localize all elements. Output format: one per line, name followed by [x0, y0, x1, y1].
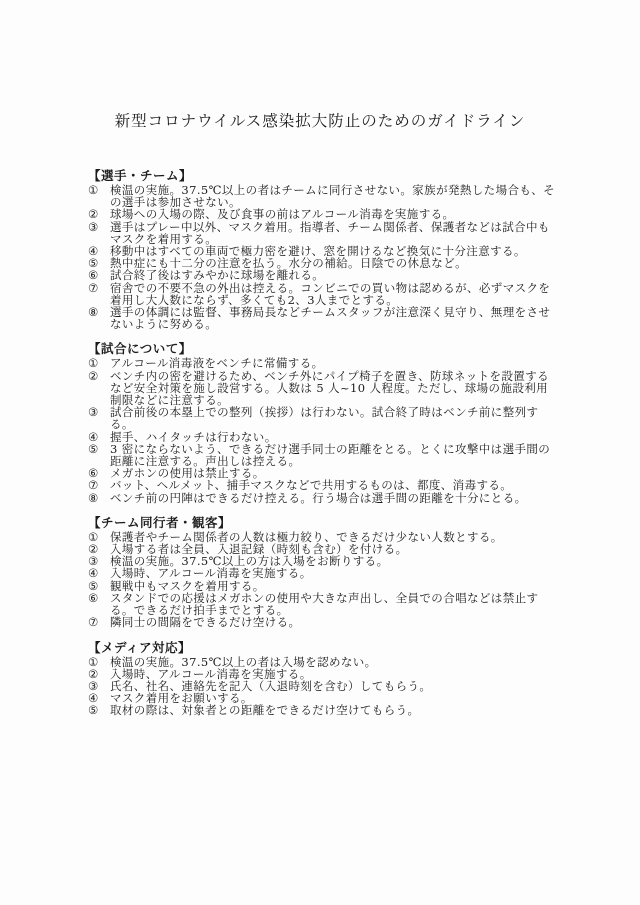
item-text: 検温の実施。37.5℃以上の者はチームに同行させない。家族が発熱した場合も、その…: [110, 184, 558, 208]
list-item: ① 検温の実施。37.5℃以上の者はチームに同行させない。家族が発熱した場合も、…: [88, 184, 558, 208]
list-item: ③ 試合前後の本塁上での整列（挨拶）は行わない。試合終了時はベンチ前に整列する。: [88, 406, 558, 430]
guideline-section: 【メディア対応】 ① 検温の実施。37.5℃以上の者は入場を認めない。 ② 入場…: [88, 641, 558, 717]
list-item: ⑦ 隣同士の間隔をできるだけ空ける。: [88, 616, 558, 628]
list-item: ⑥ 試合終了後はすみやかに球場を離れる。: [88, 269, 558, 281]
item-text: ベンチ内の密を避けるため、ベンチ外にパイプ椅子を置き、防球ネットを設置するなど安…: [110, 370, 558, 407]
item-number: ⑦: [88, 282, 110, 294]
item-text: 取材の際は、対象者との距離をできるだけ空けてもらう。: [110, 704, 558, 716]
item-text: ベンチ前の円陣はできるだけ控える。行う場合は選手間の距離を十分にとる。: [110, 492, 558, 504]
list-item: ③ 選手はプレー中以外、マスク着用。指導者、チーム関係者、保護者などは試合中もマ…: [88, 221, 558, 245]
list-item: ⑦ 宿舎での不要不急の外出は控える。コンビニでの買い物は認めるが、必ずマスクを着…: [88, 282, 558, 306]
item-text: 試合前後の本塁上での整列（挨拶）は行わない。試合終了時はベンチ前に整列する。: [110, 406, 558, 430]
item-text: 選手の体調には監督、事務局長などチームスタッフが注意深く見守り、無理をさせないよ…: [110, 306, 558, 330]
list-item: ⑤ 3 密にならないよう、できるだけ選手同士の距離をとる。とくに攻撃中は選手間の…: [88, 443, 558, 467]
list-item: ⑦ バット、ヘルメット、捕手マスクなどで共用するものは、都度、消毒する。: [88, 479, 558, 491]
list-item: ⑤ 取材の際は、対象者との距離をできるだけ空けてもらう。: [88, 704, 558, 716]
section-heading: 【試合について】: [88, 342, 558, 356]
list-item: ② ベンチ内の密を避けるため、ベンチ外にパイプ椅子を置き、防球ネットを設置するな…: [88, 370, 558, 407]
item-text: 選手はプレー中以外、マスク着用。指導者、チーム関係者、保護者などは試合中もマスク…: [110, 221, 558, 245]
document-title: 新型コロナウイルス感染拡大防止のためのガイドライン: [0, 110, 640, 132]
list-item: ② 球場への入場の際、及び食事の前はアルコール消毒を実施する。: [88, 208, 558, 220]
section-items: ① 検温の実施。37.5℃以上の者はチームに同行させない。家族が発熱した場合も、…: [88, 184, 558, 330]
item-text: 試合終了後はすみやかに球場を離れる。: [110, 269, 558, 281]
item-number: ①: [88, 357, 110, 369]
item-number: ②: [88, 208, 110, 220]
item-number: ⑧: [88, 492, 110, 504]
list-item: ⑥ スタンドでの応援はメガホンの使用や大きな声出し、全員での合唱などは禁止する。…: [88, 592, 558, 616]
guideline-section: 【試合について】 ① アルコール消毒液をベンチに常備する。 ② ベンチ内の密を避…: [88, 342, 558, 503]
item-number: ⑥: [88, 592, 110, 604]
item-number: ⑤: [88, 443, 110, 455]
item-number: ③: [88, 221, 110, 233]
item-text: 検温の実施。37.5℃以上の者は入場を認めない。: [110, 656, 558, 668]
sections-container: 【選手・チーム】 ① 検温の実施。37.5℃以上の者はチームに同行させない。家族…: [88, 169, 558, 717]
document-page: 新型コロナウイルス感染拡大防止のためのガイドライン 【選手・チーム】 ① 検温の…: [0, 0, 640, 905]
item-number: ⑦: [88, 616, 110, 628]
item-text: スタンドでの応援はメガホンの使用や大きな声出し、全員での合唱などは禁止する。でき…: [110, 592, 558, 616]
item-text: 3 密にならないよう、できるだけ選手同士の距離をとる。とくに攻撃中は選手間の距離…: [110, 443, 558, 467]
item-number: ③: [88, 406, 110, 418]
section-heading: 【選手・チーム】: [88, 169, 558, 183]
item-number: ④: [88, 567, 110, 579]
item-text: 球場への入場の際、及び食事の前はアルコール消毒を実施する。: [110, 208, 558, 220]
item-text: バット、ヘルメット、捕手マスクなどで共用するものは、都度、消毒する。: [110, 479, 558, 491]
item-number: ①: [88, 184, 110, 196]
section-items: ① 保護者やチーム関係者の人数は極力絞り、できるだけ少ない人数とする。 ② 入場…: [88, 531, 558, 629]
item-number: ⑥: [88, 269, 110, 281]
section-heading: 【チーム同行者・観客】: [88, 516, 558, 530]
list-item: ① 検温の実施。37.5℃以上の者は入場を認めない。: [88, 656, 558, 668]
list-item: ⑧ ベンチ前の円陣はできるだけ控える。行う場合は選手間の距離を十分にとる。: [88, 492, 558, 504]
section-items: ① アルコール消毒液をベンチに常備する。 ② ベンチ内の密を避けるため、ベンチ外…: [88, 357, 558, 503]
item-number: ⑤: [88, 704, 110, 716]
item-text: 隣同士の間隔をできるだけ空ける。: [110, 616, 558, 628]
section-heading: 【メディア対応】: [88, 641, 558, 655]
list-item: ① アルコール消毒液をベンチに常備する。: [88, 357, 558, 369]
item-text: アルコール消毒液をベンチに常備する。: [110, 357, 558, 369]
item-number: ①: [88, 656, 110, 668]
list-item: ⑧ 選手の体調には監督、事務局長などチームスタッフが注意深く見守り、無理をさせな…: [88, 306, 558, 330]
guideline-section: 【チーム同行者・観客】 ① 保護者やチーム関係者の人数は極力絞り、できるだけ少な…: [88, 516, 558, 629]
item-number: ⑧: [88, 306, 110, 318]
item-number: ②: [88, 370, 110, 382]
list-item: ④ 入場時、アルコール消毒を実施する。: [88, 567, 558, 579]
item-text: 入場時、アルコール消毒を実施する。: [110, 567, 558, 579]
guideline-section: 【選手・チーム】 ① 検温の実施。37.5℃以上の者はチームに同行させない。家族…: [88, 169, 558, 330]
item-number: ⑦: [88, 479, 110, 491]
section-items: ① 検温の実施。37.5℃以上の者は入場を認めない。 ② 入場時、アルコール消毒…: [88, 656, 558, 717]
item-text: 宿舎での不要不急の外出は控える。コンビニでの買い物は認めるが、必ずマスクを着用し…: [110, 282, 558, 306]
